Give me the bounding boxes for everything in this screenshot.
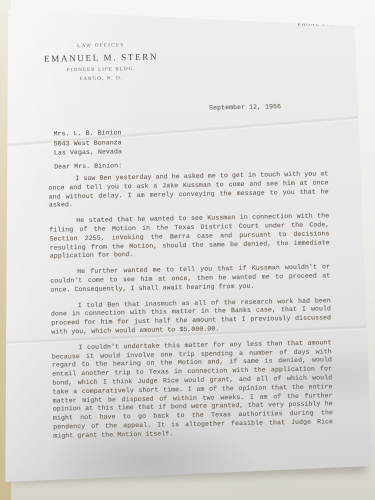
letter-body: I saw Ben yesterday and he asked me to g…	[48, 170, 333, 441]
body-paragraph-3: He further wanted me to tell you that if…	[50, 263, 330, 295]
photo-background: PHONE 3447 LAW OFFICES EMANUEL M. STERN …	[0, 0, 375, 500]
letter-paper: PHONE 3447 LAW OFFICES EMANUEL M. STERN …	[0, 0, 375, 500]
letterhead-building: PIONEER LIFE BLDG.	[34, 66, 168, 74]
body-paragraph-5: I couldn't undertake this matter for any…	[52, 339, 334, 441]
body-paragraph-1: I saw Ben yesterday and he asked me to g…	[48, 170, 329, 211]
body-paragraph-4: I told Ben that inasmuch as all of the r…	[51, 297, 332, 338]
letterhead: LAW OFFICES EMANUEL M. STERN PIONEER LIF…	[34, 42, 169, 83]
letterhead-city: FARGO, N. D.	[34, 75, 168, 83]
letter-content: PHONE 3447 LAW OFFICES EMANUEL M. STERN …	[0, 0, 375, 500]
recipient-city: Las Vegas, Nevada	[54, 147, 122, 158]
letterhead-name: EMANUEL M. STERN	[34, 51, 168, 64]
letterhead-office-line: LAW OFFICES	[34, 42, 168, 50]
salutation: Dear Mrs. Binion:	[54, 162, 122, 172]
body-paragraph-2: He stated that he wanted to see Kussman …	[49, 212, 330, 261]
date-line: September 12, 1956	[209, 103, 281, 113]
recipient-address: Mrs. L. B. Binion 5043 West Bonanza Las …	[53, 128, 122, 158]
phone-number: PHONE 3447	[298, 22, 337, 28]
